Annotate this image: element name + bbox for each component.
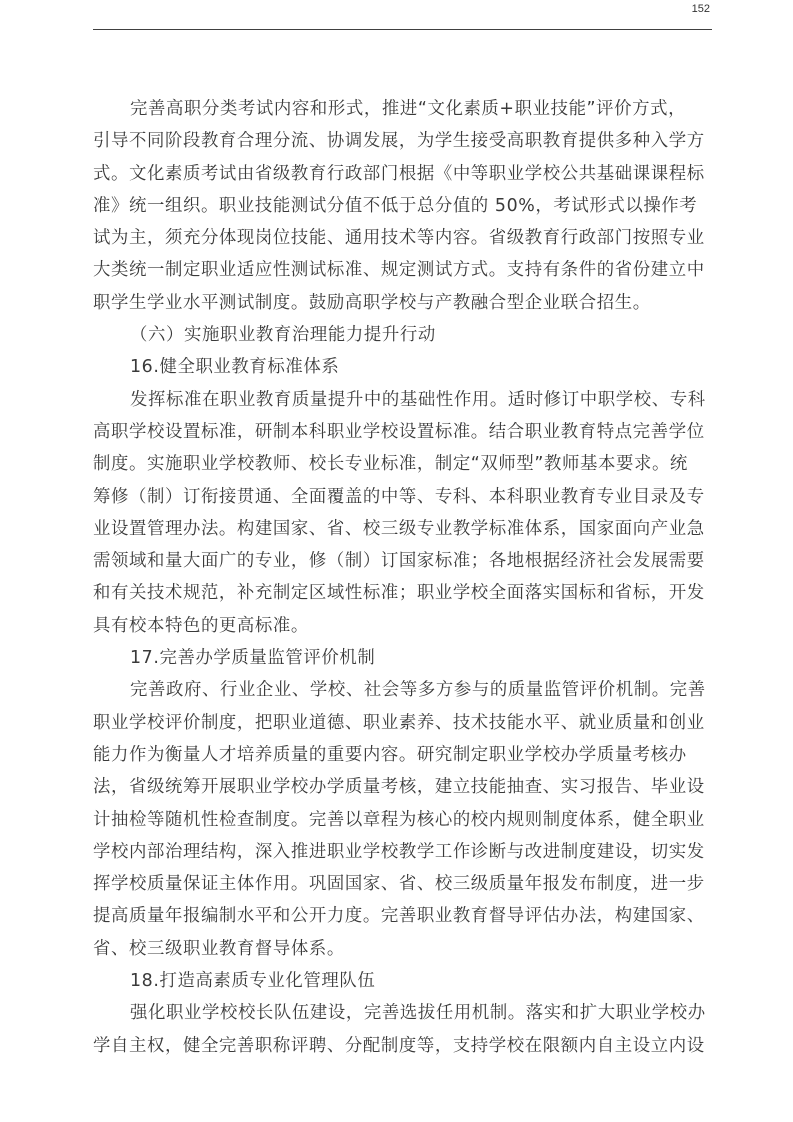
paragraph-line: 发挥标准在职业教育质量提升中的基础性作用。适时修订中职学校、专科 — [93, 384, 713, 416]
paragraph-line: 完善政府、行业企业、学校、社会等多方参与的质量监管评价机制。完善 — [93, 674, 713, 706]
paragraph-line: 职学生学业水平测试制度。鼓励高职学校与产教融合型企业联合招生。 — [93, 287, 713, 319]
subsection-heading: 18.打造高素质专业化管理队伍 — [93, 965, 713, 997]
paragraph-line: 和有关技术规范，补充制定区域性标准；职业学校全面落实国标和省标，开发 — [93, 577, 713, 609]
paragraph-line: 职业学校评价制度，把职业道德、职业素养、技术技能水平、就业质量和创业 — [93, 707, 713, 739]
paragraph-line: 试为主，须充分体现岗位技能、通用技术等内容。省级教育行政部门按照专业 — [93, 222, 713, 254]
paragraph-line: 提高质量年报编制水平和公开力度。完善职业教育督导评估办法，构建国家、 — [93, 900, 713, 932]
paragraph-line: 引导不同阶段教育合理分流、协调发展，为学生接受高职教育提供多种入学方 — [93, 125, 713, 157]
paragraph-line: 具有校本特色的更高标准。 — [93, 610, 713, 642]
paragraph-line: 业设置管理办法。构建国家、省、校三级专业教学标准体系，国家面向产业急 — [93, 513, 713, 545]
paragraph-line: 准》统一组织。职业技能测试分值不低于总分值的 50%，考试形式以操作考 — [93, 190, 713, 222]
subsection-heading: 17.完善办学质量监管评价机制 — [93, 642, 713, 674]
section-heading: （六）实施职业教育治理能力提升行动 — [93, 319, 713, 351]
page-header: 152 — [93, 0, 712, 32]
paragraph-line: 能力作为衡量人才培养质量的重要内容。研究制定职业学校办学质量考核办 — [93, 739, 713, 771]
paragraph-line: 大类统一制定职业适应性测试标准、规定测试方式。支持有条件的省份建立中 — [93, 254, 713, 286]
paragraph-line: 完善高职分类考试内容和形式，推进“文化素质+职业技能”评价方式， — [93, 93, 713, 125]
paragraph-line: 高职学校设置标准，研制本科职业学校设置标准。结合职业教育特点完善学位 — [93, 416, 713, 448]
paragraph-line: 筹修（制）订衔接贯通、全面覆盖的中等、专科、本科职业教育专业目录及专 — [93, 481, 713, 513]
paragraph-line: 挥学校质量保证主体作用。巩固国家、省、校三级质量年报发布制度，进一步 — [93, 868, 713, 900]
paragraph-line: 需领域和量大面广的专业，修（制）订国家标准；各地根据经济社会发展需要 — [93, 545, 713, 577]
paragraph-line: 强化职业学校校长队伍建设，完善选拔任用机制。落实和扩大职业学校办 — [93, 997, 713, 1029]
paragraph-line: 计抽检等随机性检查制度。完善以章程为核心的校内规则制度体系，健全职业 — [93, 804, 713, 836]
subsection-heading: 16.健全职业教育标准体系 — [93, 351, 713, 383]
header-divider — [93, 29, 712, 30]
page-number: 152 — [692, 3, 710, 15]
document-body: 完善高职分类考试内容和形式，推进“文化素质+职业技能”评价方式， 引导不同阶段教… — [93, 93, 713, 1062]
paragraph-line: 学自主权，健全完善职称评聘、分配制度等，支持学校在限额内自主设立内设 — [93, 1030, 713, 1062]
paragraph-line: 制度。实施职业学校教师、校长专业标准，制定“双师型”教师基本要求。统 — [93, 448, 713, 480]
paragraph-line: 法，省级统筹开展职业学校办学质量考核，建立技能抽查、实习报告、毕业设 — [93, 771, 713, 803]
paragraph-line: 式。文化素质考试由省级教育行政部门根据《中等职业学校公共基础课课程标 — [93, 158, 713, 190]
paragraph-line: 学校内部治理结构，深入推进职业学校教学工作诊断与改进制度建设，切实发 — [93, 836, 713, 868]
paragraph-line: 省、校三级职业教育督导体系。 — [93, 933, 713, 965]
